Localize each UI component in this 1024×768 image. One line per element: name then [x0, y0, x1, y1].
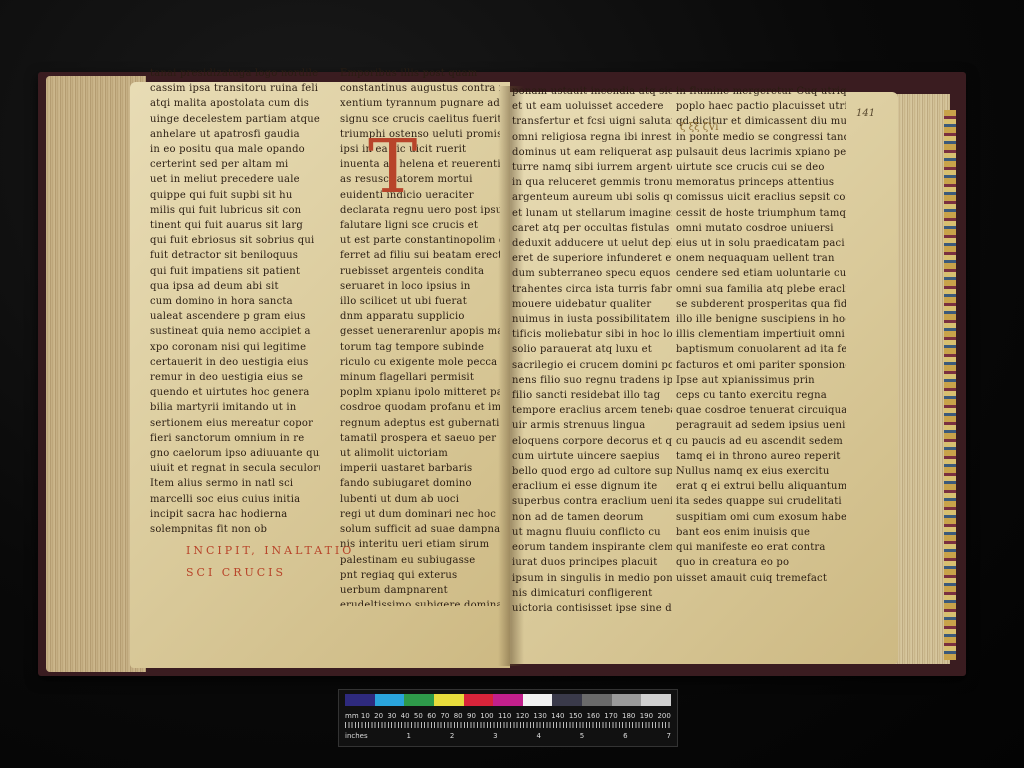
ruler-label: 5 [580, 732, 584, 740]
ruler-label: 60 [427, 712, 436, 720]
text-line: in qua reluceret gemmis tronu [512, 175, 672, 190]
text-line: memoratus princeps attentius [676, 175, 846, 190]
text-line: argenteum aureum ubi solis quadriga [512, 190, 672, 205]
text-line: quo in creatura eo po [676, 555, 846, 570]
color-swatch [404, 694, 434, 706]
color-calibration-scale: mm 1020304050607080901001101201301401501… [338, 689, 678, 747]
text-line: uir armis strenuus lingua [512, 418, 672, 433]
text-line: ipsi in ea sic uicit ruerit [340, 142, 500, 157]
text-line: solum sufficit ad suae dampnatio [340, 522, 500, 537]
text-line: cosdroe quodam profanu et impio [340, 400, 500, 415]
text-line: turre namq sibi iurrem argenteam [512, 160, 672, 175]
ruler-label: 90 [467, 712, 476, 720]
text-line: ut alimolit uictoriam [340, 446, 500, 461]
ruler-label: 190 [640, 712, 653, 720]
text-line: dum subterraneo specu equos in circuitu [512, 266, 672, 281]
text-line: illis clementiam impertiuit omni ad [676, 327, 846, 342]
ruler-label: 160 [587, 712, 600, 720]
text-line: nis dimicaturi confligerent [512, 586, 672, 601]
ruler-label: 7 [666, 732, 670, 740]
text-line: tificis moliebatur sibi in hoc loco [512, 327, 672, 342]
text-line: qua ipsa ad deum abi sit [150, 279, 320, 294]
ruler-label: 20 [374, 712, 383, 720]
inch-ruler: inches1234567 [345, 732, 671, 740]
text-line: eorum tandem inspirante clementia [512, 540, 672, 555]
text-line: uisset amauit cuiq tremefact [676, 571, 846, 585]
ruler-label: 200 [657, 712, 670, 720]
text-line: eraclium ei esse dignum ite [512, 479, 672, 494]
text-line: imperii uastaret barbaris [340, 461, 500, 476]
text-line: suspitiam omi cum exosum habe [676, 510, 846, 525]
text-line: milis qui fuit lubricus sit con [150, 203, 320, 218]
text-line: onem nequaquam uellent tran [676, 251, 846, 266]
text-line: dominus ut eam reliquerat asportauit [512, 145, 672, 160]
text-line: cum uirtute uincere saepius [512, 449, 672, 464]
text-line: tamatil prospera et saeuo per [340, 431, 500, 446]
text-line: ita sedes quappe sui crudelitati [676, 494, 846, 509]
color-swatch [641, 694, 671, 706]
text-line: Item alius sermo in natl sci [150, 476, 320, 491]
text-line: fando subiugaret domino [340, 476, 500, 491]
color-swatch [523, 694, 553, 706]
text-line: iurat duos principes placuit [512, 555, 672, 570]
text-line: trahentes circa ista turris fabrica [512, 282, 672, 297]
text-line: palestinam eu subiugasse [340, 553, 500, 568]
text-line: remur in deo uestigia eius se [150, 370, 320, 385]
text-line: uictoria contisisset ipse sine dam [512, 601, 672, 614]
text-line: sertionem eius mereatur copor [150, 416, 320, 431]
text-line: in flumine mergeretur Cuq utriq [676, 84, 846, 99]
text-line: baptismum conuolarent ad ita fe [676, 342, 846, 357]
text-line: fuit detractor sit beniloquus [150, 248, 320, 263]
text-line: xpo coronam nisi qui legitime [150, 340, 320, 355]
text-line: marcelli soc eius cuius initia [150, 492, 320, 507]
ruler-label: 40 [401, 712, 410, 720]
text-line: anhelare ut apatrosfi gaudia [150, 127, 320, 142]
text-line: cassim ipsa transitoru ruina feli [150, 81, 320, 96]
color-swatch [612, 694, 642, 706]
text-line: signu sce crucis caelitus fuerit [340, 112, 500, 127]
folio-number: 141 [856, 108, 875, 119]
text-line: regi ut dum dominari nec hoc [340, 507, 500, 522]
text-line: comissus uicit eraclius sepsit con [676, 190, 846, 205]
text-line: as resuscitatorem mortui [340, 172, 500, 187]
text-line: quippe qui fuit supbi sit hu [150, 188, 320, 203]
text-line: cu paucis ad eu ascendit sedem [676, 434, 846, 449]
text-line: et ut eam uoluisset accedere [512, 99, 672, 114]
ruler-label: mm 10 [345, 712, 370, 720]
color-swatch [434, 694, 464, 706]
text-line: sustineat quia nemo accipiet a [150, 324, 320, 339]
text-line: uiuit et regnat in secula seculorum [150, 461, 320, 476]
text-line: bello quod ergo ad cultore supplex [512, 464, 672, 479]
text-line: solio parauerat atq luxu et [512, 342, 672, 357]
text-line: xentium tyrannum pugnare ad bella [340, 96, 500, 111]
text-line: minum flagellari permisit [340, 370, 500, 385]
text-line: ualeat ascendere p gram eius [150, 309, 320, 324]
ruler-label: 80 [454, 712, 463, 720]
right-page-column-1: ponam ustauit incendia atq sic daretet u… [512, 84, 672, 614]
text-line: transfertur et fcsi uigni salutari [512, 114, 672, 129]
ruler-label: 50 [414, 712, 423, 720]
text-line: filio sancti residebat illo tag [512, 388, 672, 403]
text-line: eius ut in solu praedicatam paci [676, 236, 846, 251]
ruler-label: 110 [498, 712, 511, 720]
text-line: ceps cu tanto exercitu regna [676, 388, 846, 403]
ruler-label: 170 [604, 712, 617, 720]
text-line: quae cosdroe tenuerat circuiquaqu [676, 403, 846, 418]
text-line: gesset uenerarenlur apopis mal [340, 324, 500, 339]
text-line: nens filio suo regnu tradens ipse [512, 373, 672, 388]
text-line: torum tag tempore subinde [340, 340, 500, 355]
text-line: Emporibus illis post quam [340, 66, 500, 81]
text-line: euidenti indicio ueraciter [340, 188, 500, 203]
text-line: illo scilicet ut ubi fuerat [340, 294, 500, 309]
text-line: ut magnu fluuiu conflicto cu [512, 525, 672, 540]
text-line: ipsum in singulis in medio pontis flumi [512, 571, 672, 586]
text-line: se subderent prosperitas qua fide [676, 297, 846, 312]
ruler-label: 4 [536, 732, 540, 740]
text-line: cessit de hoste triumphum tamquam [676, 206, 846, 221]
text-line: riculo cu exigente mole pecca [340, 355, 500, 370]
color-swatch [493, 694, 523, 706]
text-line: qui fuit ebriosus sit sobrius qui [150, 233, 320, 248]
ruler-label: 6 [623, 732, 627, 740]
rubric-heading-line-2: SCI CRUCIS [186, 566, 286, 579]
rubric-heading-line-1: INCIPIT, INALTATIO [186, 544, 354, 557]
color-swatch [464, 694, 494, 706]
text-line: incipit sacra hac hodierna [150, 507, 320, 522]
ruler-label: inches [345, 732, 368, 740]
decorated-initial: T [368, 130, 417, 204]
text-line: uet in meliut precedere uale [150, 172, 320, 187]
ruler-label: 1 [406, 732, 410, 740]
text-line: eret de superiore infunderet et [512, 251, 672, 266]
marbled-endpaper [944, 110, 956, 660]
left-page-column-2: Emporibus illis post quamconstantinus au… [340, 66, 500, 606]
text-line: dnm apparatu supplicio [340, 309, 500, 324]
text-line: erudeltissimo subigere dominari [340, 598, 500, 606]
text-line: quendo et uirtutes hoc genera [150, 385, 320, 400]
text-line: peragrauit ad sedem ipsius uenit [676, 418, 846, 433]
margin-mark: ζ ξξ ζVi [680, 122, 718, 133]
text-line: in eo positu qua male opando [150, 142, 320, 157]
left-page-column-1: tanai presidizatuga logo nordilecassim i… [150, 66, 320, 536]
text-line: facturos et omi pariter sponsione [676, 358, 846, 373]
text-line: tempore eraclius arcem tenebat [512, 403, 672, 418]
text-line: omni sua familia atq plebe eraclio [676, 282, 846, 297]
text-line: mouere uidebatur qualiter [512, 297, 672, 312]
text-line: constantinus augustus contra me [340, 81, 500, 96]
text-line: fieri sanctorum omnium in re [150, 431, 320, 446]
text-line: nis interitu ueri etiam sirum [340, 537, 500, 552]
ruler-label: 180 [622, 712, 635, 720]
text-line: superbus contra eraclium uenia [512, 494, 672, 509]
color-swatch [375, 694, 405, 706]
text-line: illo ille benigne suscipiens in hoc [676, 312, 846, 327]
text-line: bant eos enim inuisis que [676, 525, 846, 540]
ruler-label: 70 [440, 712, 449, 720]
text-line: uerbum dampnarent [340, 583, 500, 598]
ruler-label: 3 [493, 732, 497, 740]
text-line: uirtute sce crucis cui se deo [676, 160, 846, 175]
text-line: Ipse aut xpianissimus prin [676, 373, 846, 388]
text-line: qui manifeste eo erat contra [676, 540, 846, 555]
text-line: pnt regiaq qui exterus [340, 568, 500, 583]
text-line: tanai presidizatuga logo nordile [150, 66, 320, 81]
text-line: omni mutato cosdroe uniuersi [676, 221, 846, 236]
text-line: gno caelorum ipso adiuuante qui [150, 446, 320, 461]
text-line: tamq ei in throno aureo reperit [676, 449, 846, 464]
text-line: poplm xpianu ipolo mitteret pagan [340, 385, 500, 400]
text-line: solempnitas fit non ob [150, 522, 320, 536]
text-line: cum domino in hora sancta [150, 294, 320, 309]
text-line: atqi malita apostolata cum dis [150, 96, 320, 111]
color-swatch [552, 694, 582, 706]
text-line: non ad de tamen deorum [512, 510, 672, 525]
text-line: ponam ustauit incendia atq sic daret [512, 84, 672, 99]
text-line: poplo haec pactio placuisset utriq [676, 99, 846, 114]
color-swatch [345, 694, 375, 706]
color-swatch [582, 694, 612, 706]
text-line: triumphi ostenso ueluti promisso [340, 127, 500, 142]
text-line: qui fuit impatiens sit patient [150, 264, 320, 279]
text-line: ut est parte constantinopolim de [340, 233, 500, 248]
text-line: falutare ligni sce crucis et [340, 218, 500, 233]
ruler-ticks [345, 722, 671, 728]
millimeter-ruler: mm 1020304050607080901001101201301401501… [345, 712, 671, 720]
text-line: cendere sed etiam uoluntarie cu [676, 266, 846, 281]
ruler-label: 120 [516, 712, 529, 720]
text-line: certauerit in deo uestigia eius [150, 355, 320, 370]
text-line: pulsauit deus lacrimis xpiano per [676, 145, 846, 160]
text-line: tinent qui fuit auarus sit larg [150, 218, 320, 233]
text-line: regnum adeptus est gubernatio [340, 416, 500, 431]
right-page-column-2: in flumine mergeretur Cuq utriqpoplo hae… [676, 84, 846, 584]
text-line: inuenta ab helena et reuerentia [340, 157, 500, 172]
text-line: erat q ei extrui bellu aliquantum [676, 479, 846, 494]
text-line: certerint sed per altam mi [150, 157, 320, 172]
text-line: ruebisset argenteis condita [340, 264, 500, 279]
ruler-label: 2 [450, 732, 454, 740]
ruler-label: 30 [387, 712, 396, 720]
color-swatches [345, 694, 671, 706]
text-line: caret atq per occultas fistulas aquae [512, 221, 672, 236]
text-line: eloquens corpore decorus et qua [512, 434, 672, 449]
ruler-label: 140 [551, 712, 564, 720]
text-line: uinge decelestem partiam atque [150, 112, 320, 127]
text-line: et lunam ut stellarum imaginem collo [512, 206, 672, 221]
text-line: sacrilegio ei crucem domini po [512, 358, 672, 373]
text-line: declarata regnu uero post ipsum [340, 203, 500, 218]
text-line: lubenti ut dum ab uoci [340, 492, 500, 507]
text-line: Nullus namq ex eius exercitu [676, 464, 846, 479]
ruler-label: 150 [569, 712, 582, 720]
ruler-label: 130 [533, 712, 546, 720]
text-line: bilia martyrii imitando ut in [150, 400, 320, 415]
text-line: deduxit adducere ut uelut deplu [512, 236, 672, 251]
ruler-label: 100 [480, 712, 493, 720]
text-line: nuimus in iusta possibilitatem ar [512, 312, 672, 327]
text-line: ferret ad filiu sui beatam erectis [340, 248, 500, 263]
text-line: seruaret in loco ipsius in [340, 279, 500, 294]
text-line: omni religiosa regna ibi inrestiu [512, 130, 672, 145]
